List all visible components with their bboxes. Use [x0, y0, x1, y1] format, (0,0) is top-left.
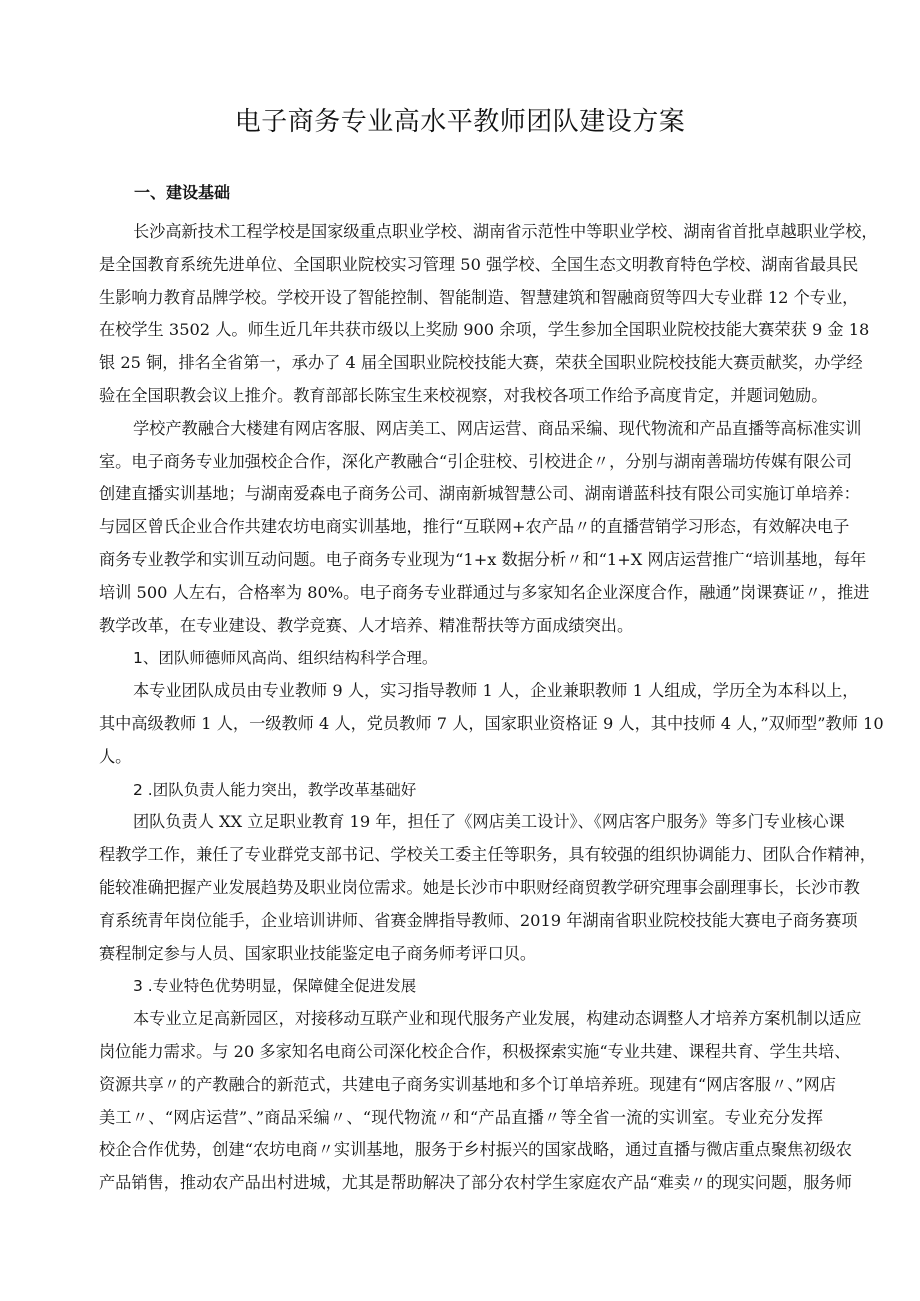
paragraph-line: 本专业立足高新园区，对接移动互联产业和现代服务产业发展，构建动态调整人才培养方案…: [99, 1003, 823, 1036]
paragraph-line: 校企合作优势，创建“农坊电商〃实训基地，服务于乡村振兴的国家战略，通过直播与微店…: [99, 1134, 823, 1167]
paragraph-line: 在校学生 3502 人。师生近几年共获市级以上奖励 900 余项，学生参加全国职…: [99, 314, 823, 347]
paragraph-line: 生影响力教育品牌学校。学校开设了智能控制、智能制造、智慧建筑和智融商贸等四大专业…: [99, 282, 823, 315]
paragraph-industry-integration: 学校产教融合大楼建有网店客服、网店美工、网店运营、商品采编、现代物流和产品直播等…: [99, 413, 823, 643]
subheading-specialty-advantages: 3 .专业特色优势明显，保障健全促进发展: [99, 970, 823, 1003]
paragraph-line: 团队负责人 XX 立足职业教育 19 年，担任了《网店美工设计》、《网店客户服务…: [99, 806, 823, 839]
paragraph-line: 本专业团队成员由专业教师 9 人，实习指导教师 1 人，企业兼职教师 1 人组成…: [99, 675, 823, 708]
paragraph-team-composition: 本专业团队成员由专业教师 9 人，实习指导教师 1 人，企业兼职教师 1 人组成…: [99, 675, 823, 773]
subheading-team-leader: 2 .团队负责人能力突出，教学改革基础好: [99, 774, 823, 807]
paragraph-line: 银 25 铜，排名全省第一，承办了 4 届全国职业院校技能大赛，荣获全国职业院校…: [99, 347, 823, 380]
paragraph-line: 创建直播实训基地；与湖南爱森电子商务公司、湖南新城智慧公司、湖南谱蓝科技有限公司…: [99, 478, 823, 511]
paragraph-specialty-features: 本专业立足高新园区，对接移动互联产业和现代服务产业发展，构建动态调整人才培养方案…: [99, 1003, 823, 1200]
paragraph-team-leader: 团队负责人 XX 立足职业教育 19 年，担任了《网店美工设计》、《网店客户服务…: [99, 806, 823, 970]
paragraph-line: 长沙高新技术工程学校是国家级重点职业学校、湖南省示范性中等职业学校、湖南省首批卓…: [99, 216, 823, 249]
paragraph-line: 岗位能力需求。与 20 多家知名电商公司深化校企合作，积极探索实施“专业共建、课…: [99, 1036, 823, 1069]
subheading-team-ethics: 1、团队师德师风高尚、组织结构科学合理。: [99, 642, 823, 675]
paragraph-school-overview: 长沙高新技术工程学校是国家级重点职业学校、湖南省示范性中等职业学校、湖南省首批卓…: [99, 216, 823, 413]
document-page: 电子商务专业高水平教师团队建设方案 一、建设基础 长沙高新技术工程学校是国家级重…: [0, 0, 920, 1301]
document-title: 电子商务专业高水平教师团队建设方案: [0, 104, 920, 140]
section-heading-construction-basis: 一、建设基础: [134, 181, 230, 205]
paragraph-line: 其中高级教师 1 人，一级教师 4 人，党员教师 7 人，国家职业资格证 9 人…: [99, 708, 823, 741]
paragraph-line: 资源共享〃的产教融合的新范式，共建电子商务实训基地和多个订单培养班。现建有“网店…: [99, 1069, 823, 1102]
paragraph-line: 是全国教育系统先进单位、全国职业院校实习管理 50 强学校、全国生态文明教育特色…: [99, 249, 823, 282]
paragraph-line: 商务专业教学和实训互动问题。电子商务专业现为“1+x 数据分析〃和“1+X 网店…: [99, 544, 823, 577]
paragraph-line: 室。电子商务专业加强校企合作，深化产教融合“引企驻校、引校进企〃，分别与湖南善瑞…: [99, 446, 823, 479]
paragraph-line: 人。: [99, 741, 823, 774]
paragraph-line: 验在全国职教会议上推介。教育部部长陈宝生来校视察，对我校各项工作给予高度肯定，并…: [99, 380, 823, 413]
paragraph-line: 赛程制定参与人员、国家职业技能鉴定电子商务师考评口贝。: [99, 938, 823, 971]
paragraph-line: 培训 500 人左右，合格率为 80%。电子商务专业群通过与多家知名企业深度合作…: [99, 577, 823, 610]
paragraph-line: 育系统青年岗位能手，企业培训讲师、省赛金牌指导教师、2019 年湖南省职业院校技…: [99, 905, 823, 938]
paragraph-line: 程教学工作，兼任了专业群党支部书记、学校关工委主任等职务，具有较强的组织协调能力…: [99, 839, 823, 872]
paragraph-line: 产品销售，推动农产品出村进城，尤其是帮助解决了部分农村学生家庭农产品“难卖〃的现…: [99, 1167, 823, 1200]
paragraph-line: 学校产教融合大楼建有网店客服、网店美工、网店运营、商品采编、现代物流和产品直播等…: [99, 413, 823, 446]
paragraph-line: 教学改革，在专业建设、教学竞赛、人才培养、精准帮扶等方面成绩突出。: [99, 610, 823, 643]
paragraph-line: 能较准确把握产业发展趋势及职业岗位需求。她是长沙市中职财经商贸教学研究理事会副理…: [99, 872, 823, 905]
section-body: 长沙高新技术工程学校是国家级重点职业学校、湖南省示范性中等职业学校、湖南省首批卓…: [99, 216, 823, 1200]
paragraph-line: 美工〃、“网店运营”、”商品采编〃、“现代物流〃和“产品直播〃等全省一流的实训室…: [99, 1102, 823, 1135]
paragraph-line: 与园区曾氏企业合作共建农坊电商实训基地，推行“互联网+农产品〃的直播营销学习形态…: [99, 511, 823, 544]
